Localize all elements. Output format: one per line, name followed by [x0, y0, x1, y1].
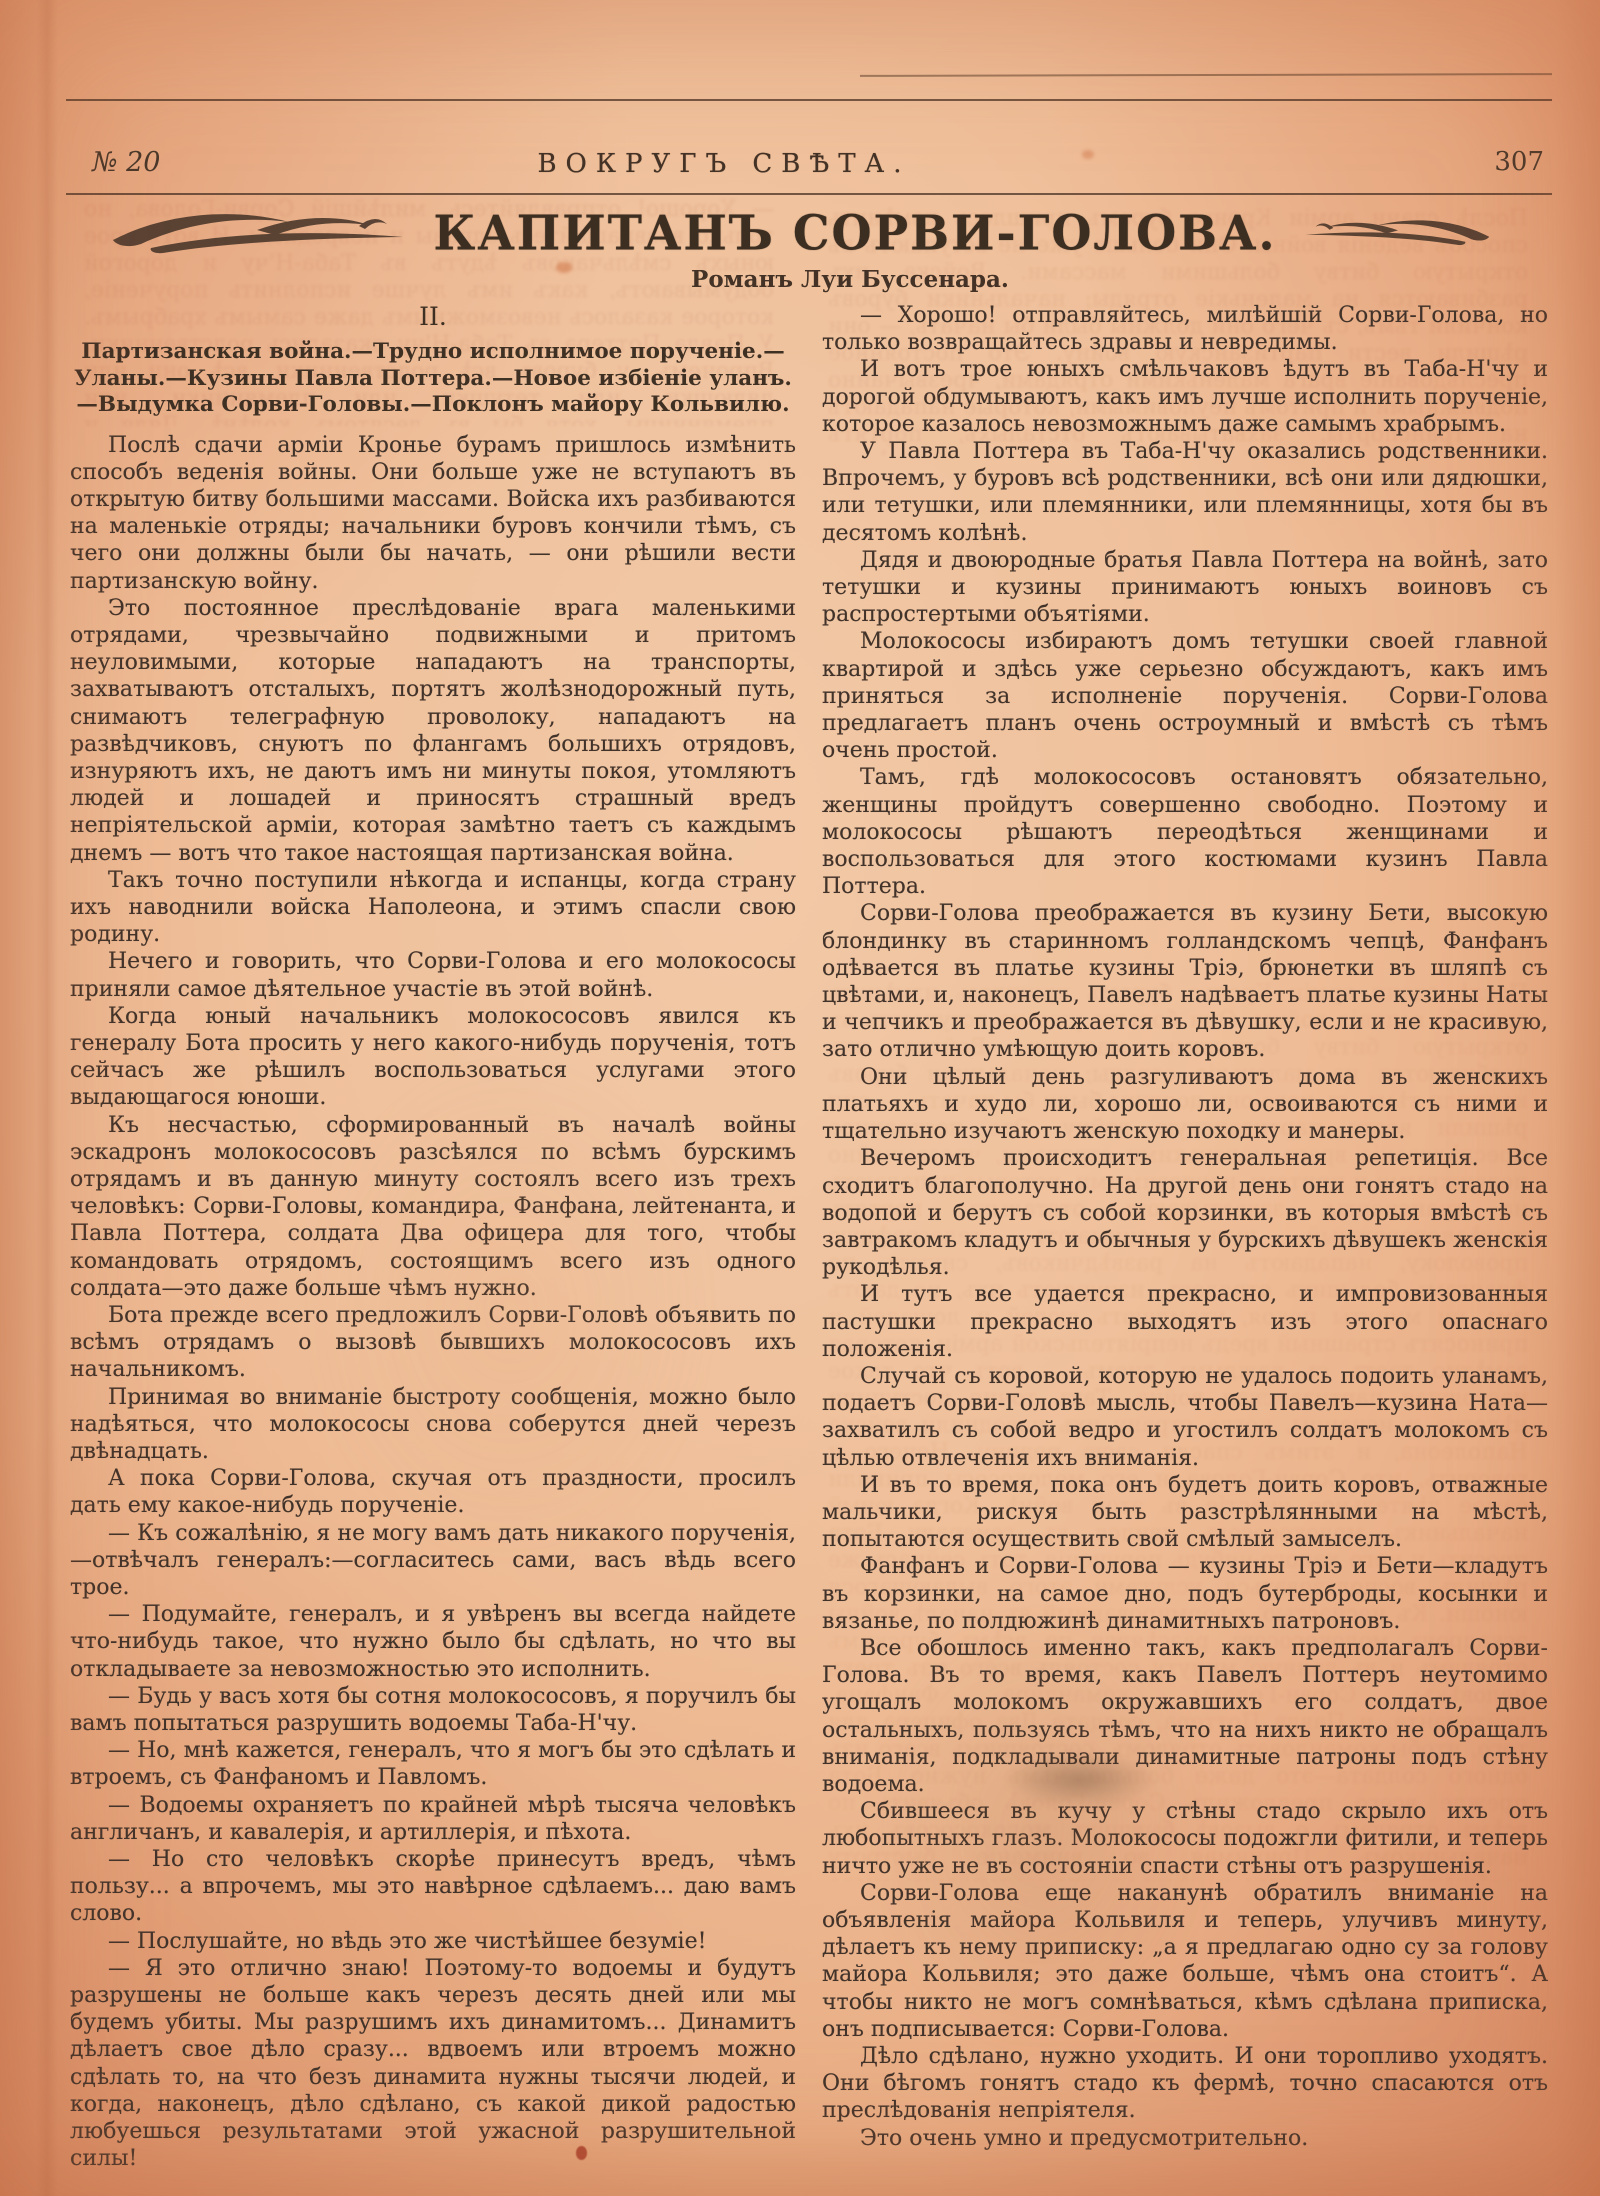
- page-header: № 20 ВОКРУГЪ СВѢТА. 307: [66, 99, 1552, 195]
- paragraph: Такъ точно поступили нѣкогда и испанцы, …: [70, 867, 796, 949]
- paragraph: Сорви-Голова преображается въ кузину Бет…: [822, 900, 1548, 1063]
- paragraph: Когда юный начальникъ молокососовъ явилс…: [70, 1003, 796, 1112]
- chapter-synopsis: Партизанская война.—Трудно исполнимое по…: [70, 339, 796, 419]
- page-number: 307: [1494, 147, 1544, 177]
- paragraph: Все обошлось именно такъ, какъ предполаг…: [822, 1635, 1548, 1798]
- magazine-page: — Хорошо! отправляйтесь, милѣйшій Сорви-…: [0, 0, 1600, 2196]
- chapter-heading: II.: [70, 302, 796, 331]
- article-byline: Романъ Луи Буссенара.: [0, 266, 1600, 293]
- paragraph: Молокососы избираютъ домъ тетушки своей …: [822, 628, 1548, 764]
- paragraph: Сбившееся въ кучу у стѣны стадо скрыло и…: [822, 1798, 1548, 1880]
- left-column-text: Послѣ сдачи арміи Кронье бурамъ пришлось…: [70, 432, 796, 2173]
- paragraph: — Къ сожалѣнію, я не могу вамъ дать ника…: [70, 1520, 796, 1602]
- paragraph: Вечеромъ происходитъ генеральная репетиц…: [822, 1145, 1548, 1281]
- article-title-row: КАПИТАНЪ СОРВИ-ГОЛОВА.: [0, 208, 1600, 258]
- paragraph: — Но сто человѣкъ скорѣе принесутъ вредъ…: [70, 1846, 796, 1928]
- paper-fold-line: [36, 0, 58, 2196]
- paragraph: Къ несчастью, сформированный въ началѣ в…: [70, 1112, 796, 1302]
- paragraph: Случай съ коровой, которую не удалось по…: [822, 1363, 1548, 1472]
- paragraph: Нечего и говорить, что Сорви-Голова и ег…: [70, 948, 796, 1002]
- paragraph: Дѣло сдѣлано, нужно уходить. И они тороп…: [822, 2043, 1548, 2125]
- paragraph: Бота прежде всего предложилъ Сорви-Голов…: [70, 1302, 796, 1384]
- flourish-right-icon: [1303, 210, 1493, 256]
- paragraph: Это очень умно и предусмотрительно.: [822, 2125, 1548, 2152]
- paragraph: Фанфанъ и Сорви-Голова — кузины Тріэ и Б…: [822, 1553, 1548, 1635]
- paragraph: — Водоемы охраняетъ по крайней мѣрѣ тыся…: [70, 1792, 796, 1846]
- paragraph: Дядя и двоюродные братья Павла Поттера н…: [822, 547, 1548, 629]
- paragraph: — Я это отлично знаю! Поэтому-то водоемы…: [70, 1955, 796, 2173]
- paragraph: — Будь у васъ хотя бы сотня молокососовъ…: [70, 1683, 796, 1737]
- paragraph: Послѣ сдачи арміи Кронье бурамъ пришлось…: [70, 432, 796, 595]
- paragraph: Принимая во вниманіе быстроту сообщенія,…: [70, 1384, 796, 1466]
- top-edge-line: [860, 73, 1552, 77]
- right-column: — Хорошо! отправляйтесь, милѣйшій Сорви-…: [822, 302, 1548, 2173]
- paragraph: А пока Сорви-Голова, скучая отъ празднос…: [70, 1465, 796, 1519]
- paragraph: И тутъ все удается прекрасно, и импровиз…: [822, 1281, 1548, 1363]
- article-title: КАПИТАНЪ СОРВИ-ГОЛОВА.: [433, 207, 1276, 259]
- paragraph: — Хорошо! отправляйтесь, милѣйшій Сорви-…: [822, 302, 1548, 356]
- paragraph: Сорви-Голова еще наканунѣ обратилъ внима…: [822, 1880, 1548, 2043]
- paragraph: Тамъ, гдѣ молокососовъ остановятъ обязат…: [822, 764, 1548, 900]
- paragraph: И вотъ трое юныхъ смѣльчаковъ ѣдутъ въ Т…: [822, 356, 1548, 438]
- article-columns: II. Партизанская война.—Трудно исполнимо…: [70, 302, 1548, 2173]
- paragraph: Это постоянное преслѣдованіе врага мален…: [70, 595, 796, 867]
- masthead: ВОКРУГЪ СВѢТА.: [66, 149, 1382, 179]
- left-column: II. Партизанская война.—Трудно исполнимо…: [70, 302, 796, 2173]
- paragraph: Они цѣлый день разгуливаютъ дома въ женс…: [822, 1064, 1548, 1146]
- flourish-left-icon: [107, 208, 407, 258]
- paragraph: — Послушайте, но вѣдь это же чистѣйшее б…: [70, 1928, 796, 1955]
- paragraph: У Павла Поттера въ Таба-Н'чу оказались р…: [822, 438, 1548, 547]
- paragraph: — Но, мнѣ кажется, генералъ, что я могъ …: [70, 1737, 796, 1791]
- paragraph: — Подумайте, генералъ, и я увѣренъ вы вс…: [70, 1601, 796, 1683]
- right-column-text: — Хорошо! отправляйтесь, милѣйшій Сорви-…: [822, 302, 1548, 2152]
- paragraph: И въ то время, пока онъ будетъ доить кор…: [822, 1472, 1548, 1554]
